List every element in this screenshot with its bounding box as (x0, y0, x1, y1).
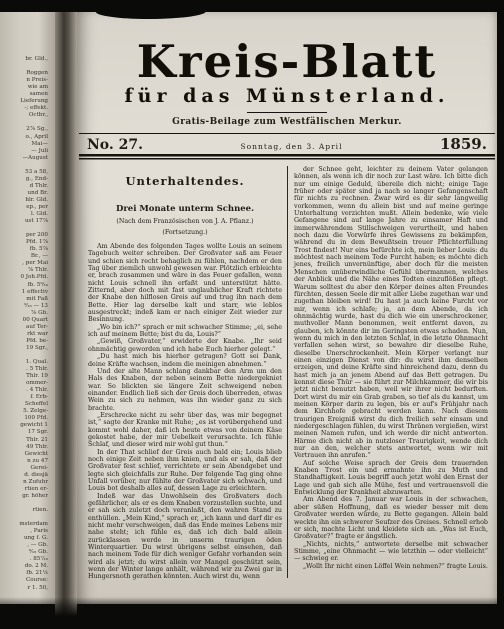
margin-text-fragment: d. diesjä (2, 472, 48, 479)
paragraph: Am Abend des 7. Januar war Louis in der … (294, 496, 488, 540)
margin-text-fragment: . 5 Thlr. (2, 366, 48, 373)
margin-text-fragment (2, 162, 48, 169)
issue-number: No. 27. (87, 137, 143, 153)
photo-right-edge (497, 0, 504, 629)
margin-text-fragment: Thlr. 19 (2, 373, 48, 380)
margin-text-fragment: ommer- (2, 380, 48, 387)
margin-text-fragment: 2⅞ Sg., (2, 126, 48, 133)
margin-text-fragment: 00 Quart (2, 317, 48, 324)
margin-text-fragment: l. Gld. (2, 211, 48, 218)
masthead-tagline: Gratis-Beilage zum Westfälischen Merkur. (77, 117, 497, 128)
margin-text-fragment: Course: (2, 577, 48, 584)
margin-text-fragment: do. 2 M. (2, 563, 48, 570)
margin-text-fragment: r 1. 50, (2, 585, 48, 592)
story-attribution: (Nach dem Französischen von J. A. Pflanz… (88, 218, 282, 225)
margin-text-fragment: und Br. (2, 190, 48, 197)
photo-top-edge (0, 0, 504, 12)
margin-text-fragment: rkt war (2, 331, 48, 338)
continuation-note: (Fortsetzung.) (88, 229, 282, 236)
margin-text-fragment: wie am (2, 84, 48, 91)
margin-text-fragment: Br., — (2, 253, 48, 260)
masthead-title: Kreis-Blatt (77, 39, 497, 85)
margin-text-fragment: Lieferung (2, 98, 48, 105)
margin-text-fragment: , Paris (2, 528, 48, 535)
margin-text-fragment: o., April (2, 134, 48, 141)
margin-text-fragment: 49 Thlr. (2, 444, 48, 451)
margin-text-fragment: ust 17⅞ (2, 218, 48, 225)
article-columns: Unterhaltendes. Drei Monate unterm Schne… (77, 164, 497, 596)
margin-text-fragment: 17 Sgr. (2, 429, 48, 436)
story-title: Drei Monate unterm Schnee. (88, 204, 282, 214)
margin-text-fragment: d Thlr. (2, 183, 48, 190)
margin-text-fragment: . 85⁷⁄₁₆ (2, 556, 48, 563)
margin-text-fragment: ung f. G. (2, 535, 48, 542)
margin-text-fragment: 53 a 58, (2, 169, 48, 176)
margin-text-fragment: samen (2, 91, 48, 98)
margin-text-fragment: fb. 21⅙ (2, 570, 48, 577)
left-column: Unterhaltendes. Drei Monate unterm Schne… (88, 164, 287, 596)
margin-text-fragment: ⅞ Thlr. (2, 267, 48, 274)
issue-date: Sonntag, den 3. April (241, 142, 343, 151)
margin-text-fragment: n zu 47 (2, 458, 48, 465)
margin-text-fragment: rtien er- (2, 486, 48, 493)
margin-text-fragment: Thlr. 21 (2, 437, 48, 444)
margin-text-fragment: 1. Qual. (2, 359, 48, 366)
paragraph: „Erschrecke nicht zu sehr über das, was … (88, 412, 282, 449)
paragraph: Am Abende des folgenden Tages wollte Lou… (88, 243, 282, 324)
margin-text-fragment: fb. 5⁹⁄₁₆ (2, 282, 48, 289)
dateline-double-rule (79, 154, 495, 161)
right-column-body: der Schnee geht, leichter zu deinem Vate… (294, 166, 488, 570)
paragraph: „Gewiß, Großvater,“ erwiderte der Knabe.… (88, 338, 282, 353)
margin-text-fragment (2, 500, 48, 507)
margin-text-fragment: msterdam (2, 521, 48, 528)
paragraph: „Wo bin ich?“ sprach er mit schwacher St… (88, 324, 282, 339)
margin-text-fragment (2, 225, 48, 232)
margin-text-fragment: n Preis- (2, 77, 48, 84)
margin-text-fragment: br. Gld., (2, 56, 48, 63)
margin-text-fragment: ⅞ Gb. (2, 310, 48, 317)
margin-text-fragment: ⁹⁄₁₆ — 13 (2, 303, 48, 310)
margin-text-fragment: f. Erb- (2, 394, 48, 401)
margin-text-fragment: — Juli (2, 148, 48, 155)
margin-text-fragment: Pfd. 1⅞ (2, 239, 48, 246)
section-heading: Unterhaltendes. (88, 174, 282, 188)
margin-text-fragment: auf Ter- (2, 324, 48, 331)
paragraph: Auf solche Weise sprach der Greis dem tr… (294, 460, 488, 497)
margin-text-fragment: Scheffel (2, 401, 48, 408)
photo-background: br. Gld.,Roggenn Preis-wie amsamenLiefer… (0, 0, 504, 629)
margin-text-fragment: ep., per (2, 204, 48, 211)
margin-text-fragment: 5. Zelge- (2, 408, 48, 415)
paragraph: „Wollt Ihr nicht einen Löffel Wein nehme… (294, 563, 488, 570)
margin-fragments: br. Gld.,Roggenn Preis-wie amsamenLiefer… (0, 12, 55, 592)
margin-text-fragment: per 200 (2, 232, 48, 239)
margin-text-fragment: 1 effectiv (2, 289, 48, 296)
margin-text-fragment: Roggen (2, 70, 48, 77)
margin-text-fragment: Mai— (2, 141, 48, 148)
margin-text-fragment: 0 Joh.Pfd. (2, 274, 48, 281)
margin-text-fragment (2, 119, 48, 126)
left-column-body: Am Abende des folgenden Tages wollte Lou… (88, 243, 282, 581)
margin-text-fragment: 100 Pfd. (2, 415, 48, 422)
margin-text-fragment: rtien. (2, 507, 48, 514)
margin-text-fragment: . 4 Thlr. (2, 387, 48, 394)
dateline-row: No. 27. Sonntag, den 3. April 1859. (79, 133, 495, 154)
masthead-subtitle: für das Münsterland. (77, 85, 497, 108)
margin-text-fragment: gr. höher (2, 493, 48, 500)
right-column: der Schnee geht, leichter zu deinem Vate… (288, 164, 488, 596)
issue-year: 1859. (440, 135, 487, 153)
paragraph: Und der alte Mann schlang dankbar den Ar… (88, 368, 282, 412)
margin-text-fragment: Gewicht (2, 451, 48, 458)
margin-text-fragment: g., End- (2, 176, 48, 183)
paragraph: Indeß war das Unwohlsein des Großvaters … (88, 493, 282, 581)
paragraph: „Nichts, nichts,“ antwortete derselbe mi… (294, 541, 488, 563)
margin-text-fragment: -; effekt. (2, 105, 48, 112)
margin-text-fragment (2, 352, 48, 359)
masthead-short-divider (247, 112, 327, 113)
margin-text-fragment: gewicht 1 (2, 422, 48, 429)
margin-text-fragment: Octbr., (2, 112, 48, 119)
margin-text-fragment (2, 514, 48, 521)
paragraph: der Schnee geht, leichter zu deinem Vate… (294, 166, 488, 460)
paragraph: „Du hast mich bis hierher getragen? Gott… (88, 353, 282, 368)
margin-text-fragment: hlr. Gld. (2, 197, 48, 204)
margin-text-fragment (2, 63, 48, 70)
masthead: Kreis-Blatt für das Münsterland. Gratis-… (77, 39, 497, 128)
margin-text-fragment: Gerei- (2, 465, 48, 472)
margin-text-fragment: mit Faß (2, 296, 48, 303)
margin-text-fragment: fb. 5⅞ (2, 246, 48, 253)
margin-text-fragment: n Zufuhr (2, 479, 48, 486)
photo-bottom-edge (0, 597, 504, 629)
margin-text-fragment: —August (2, 155, 48, 162)
margin-text-fragment: 19 Sgr., (2, 345, 48, 352)
margin-text-fragment: Pfd. be- (2, 338, 48, 345)
paragraph: In der That schlief der Greis auch bald … (88, 449, 282, 493)
margin-text-fragment: , per Mai (2, 260, 48, 267)
adjacent-page-strip: br. Gld.,Roggenn Preis-wie amsamenLiefer… (0, 12, 55, 604)
newspaper-page: Kreis-Blatt für das Münsterland. Gratis-… (77, 12, 497, 604)
page-gutter-shadow (55, 0, 77, 629)
